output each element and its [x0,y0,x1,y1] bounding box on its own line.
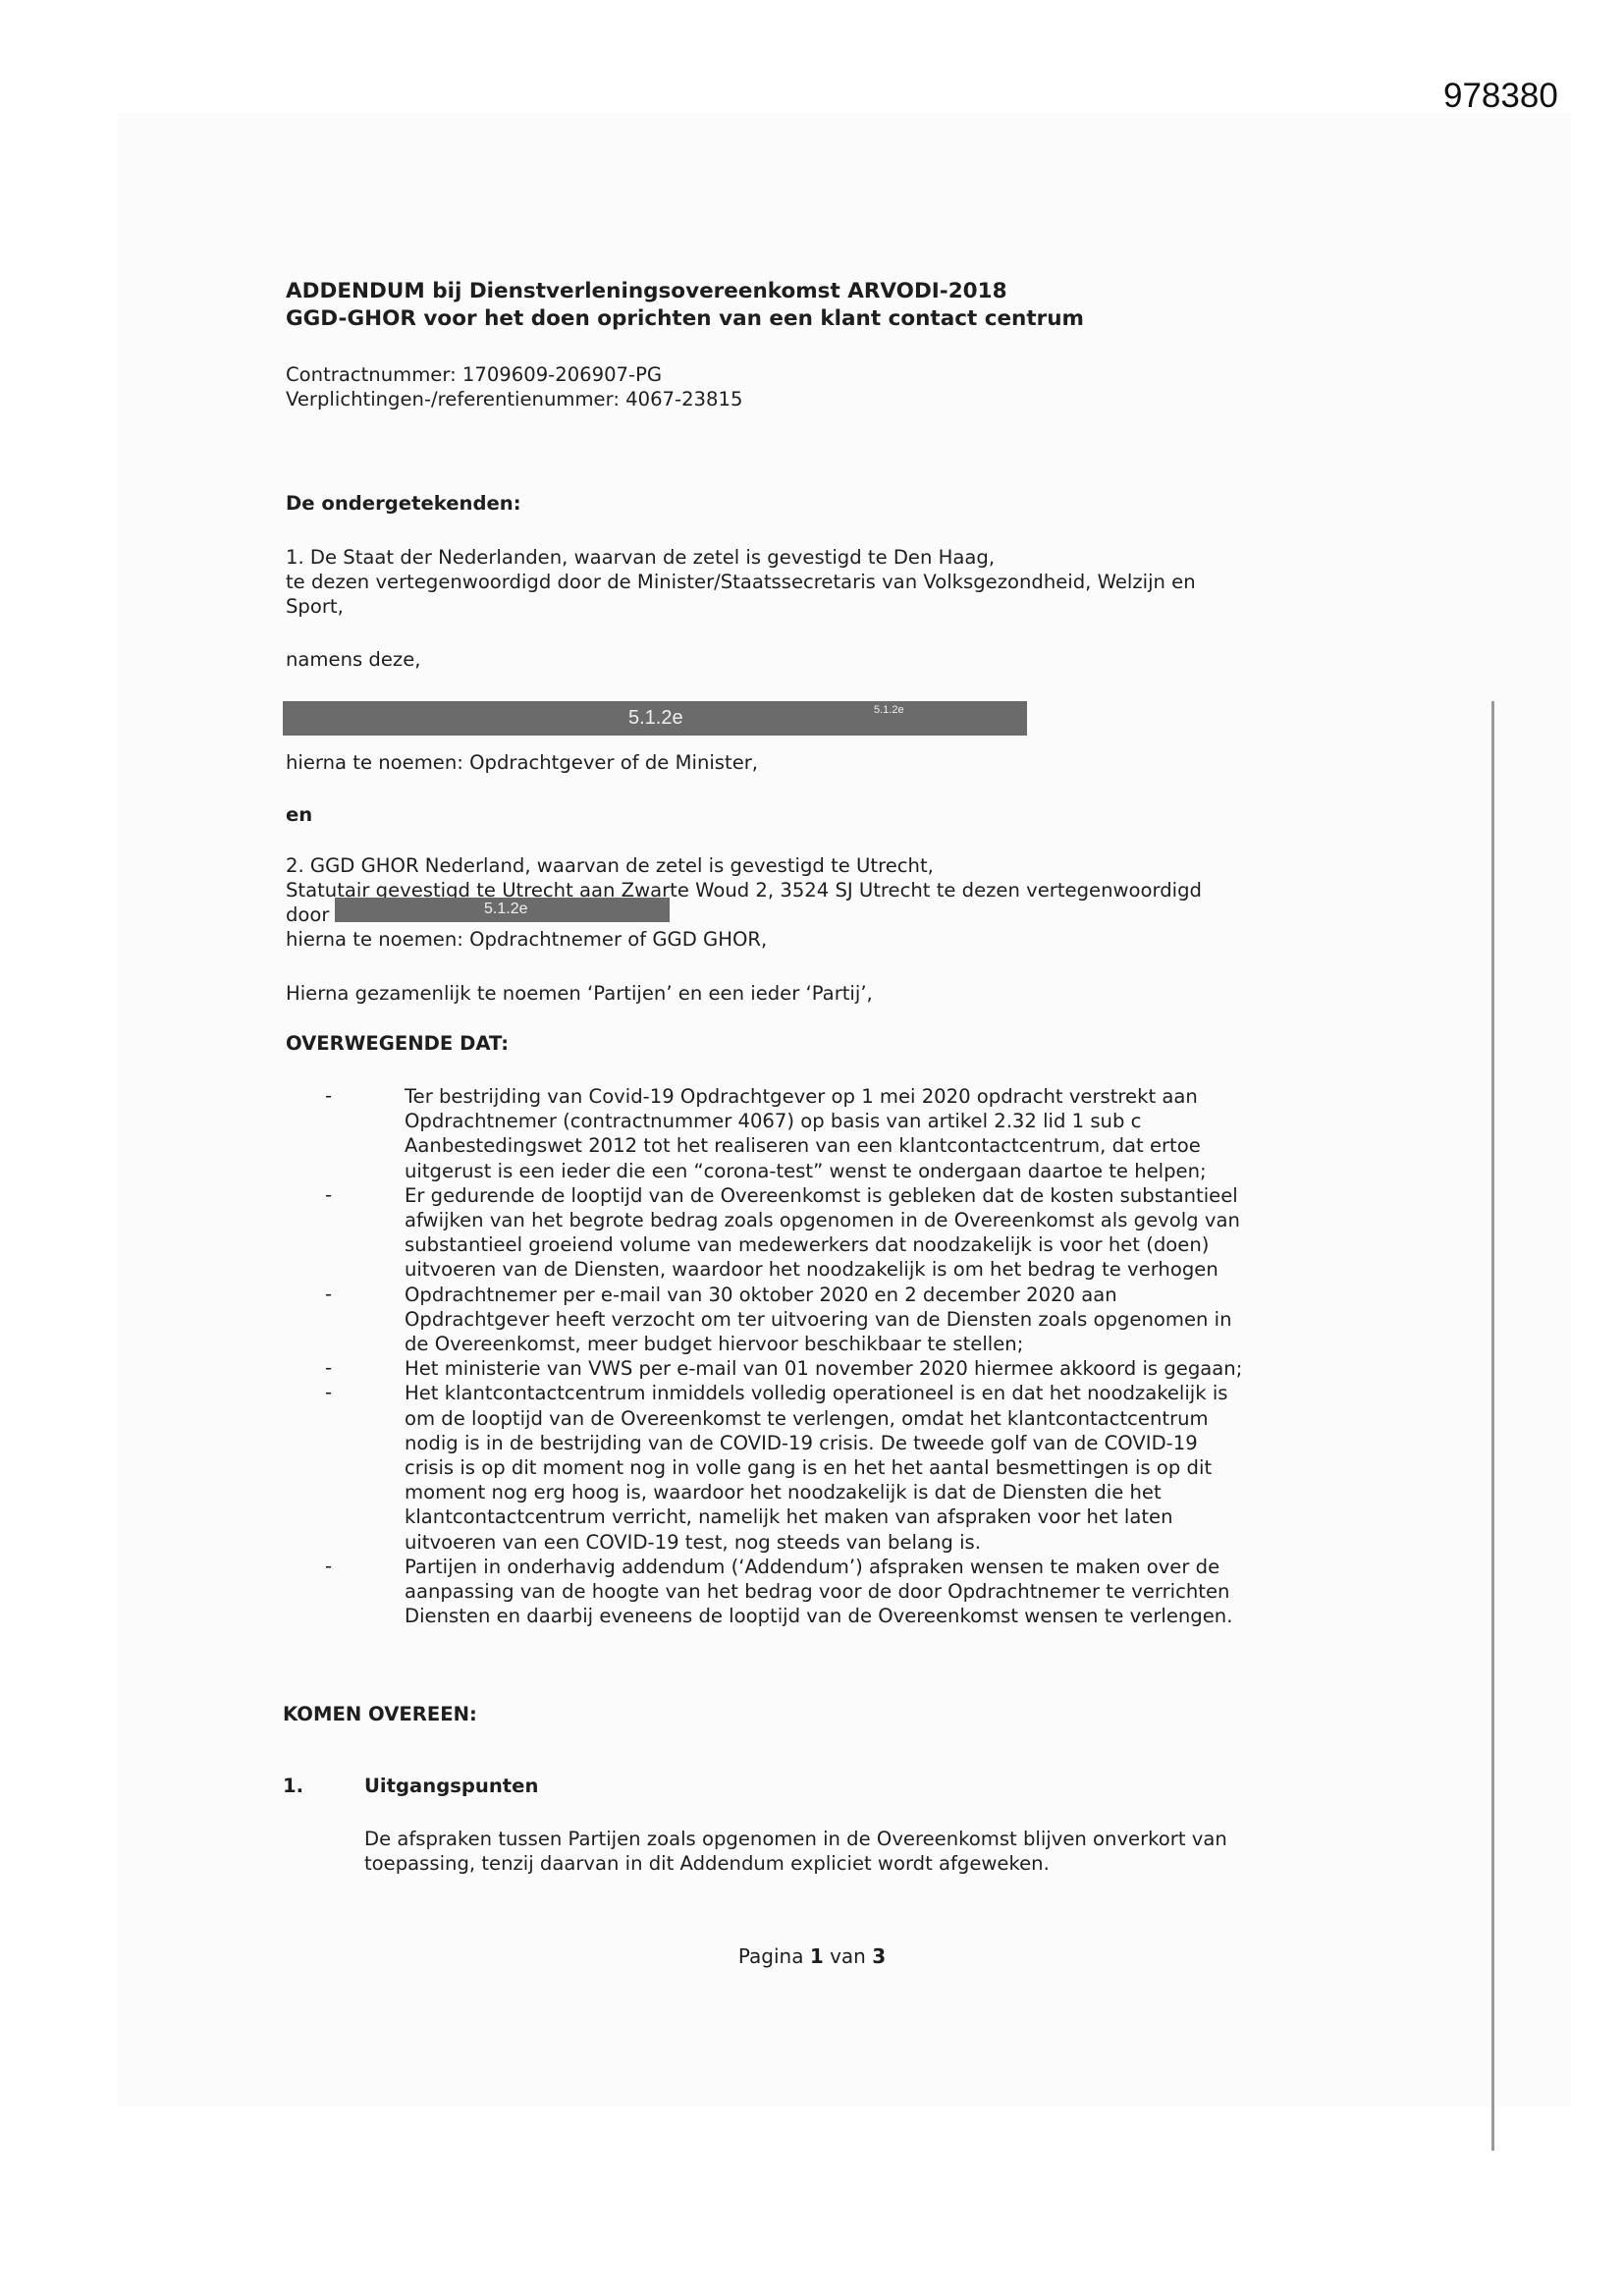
page-footer: Pagina 1 van 3 [0,1944,1624,1968]
whereas-item-line: uitgerust is een ieder die een “corona-t… [405,1159,1207,1183]
title-line-1: ADDENDUM bij Dienstverleningsovereenkoms… [286,278,1007,305]
agree-heading: KOMEN OVEREEN: [283,1702,477,1726]
bullet-dash: - [325,1356,332,1379]
whereas-item-line: Partijen in onderhavig addendum (‘Addend… [405,1555,1232,1579]
bullet-dash: - [325,1183,332,1206]
section-body-line-1: De afspraken tussen Partijen zoals opgen… [364,1827,1227,1851]
whereas-item-line: klantcontactcentrum verricht, namelijk h… [405,1504,1227,1529]
and-word: en [286,802,312,827]
whereas-item: Er gedurende de looptijd van de Overeenk… [405,1183,1240,1283]
party2-named-as: hierna te noemen: Opdrachtnemer of GGD G… [286,927,767,952]
party1-named-as: hierna te noemen: Opdrachtgever of de Mi… [286,750,758,775]
title-line-2: GGD-GHOR voor het doen oprichten van een… [286,305,1084,333]
whereas-item-line: nodig is in de bestrijding van de COVID-… [405,1431,1227,1455]
whereas-item-line: Aanbestedingswet 2012 tot het realiseren… [405,1133,1207,1158]
whereas-item-line: aanpassing van de hoogte van het bedrag … [405,1579,1232,1604]
jointly-text: Hierna gezamenlijk te noemen ‘Partijen’ … [286,981,873,1006]
footer-prefix: Pagina [738,1944,804,1968]
whereas-item-line: Er gedurende de looptijd van de Overeenk… [405,1183,1240,1208]
signatories-heading: De ondergetekenden: [286,491,521,516]
whereas-item-line: Opdrachtnemer (contractnummer 4067) op b… [405,1109,1207,1133]
whereas-item-line: Opdrachtnemer per e-mail van 30 oktober … [405,1283,1232,1307]
section-number: 1. [283,1774,303,1798]
section-body-line-2: toepassing, tenzij daarvan in dit Addend… [364,1851,1050,1876]
whereas-item-line: Opdrachtgever heeft verzocht om ter uitv… [405,1307,1232,1332]
redaction-block: 5.1.2e 5.1.2e [283,701,1027,736]
bullet-dash: - [325,1283,332,1305]
whereas-item: Opdrachtnemer per e-mail van 30 oktober … [405,1283,1232,1357]
whereas-item-line: Ter bestrijding van Covid-19 Opdrachtgev… [405,1084,1207,1109]
whereas-item-line: moment nog erg hoog is, waardoor het noo… [405,1480,1227,1504]
scan-edge-line [1491,701,1494,2151]
bullet-dash: - [325,1555,332,1577]
footer-middle: van [830,1944,866,1968]
whereas-item-line: uitvoeren van een COVID-19 test, nog ste… [405,1530,1227,1555]
whereas-item-line: de Overeenkomst, meer budget hiervoor be… [405,1332,1232,1356]
redaction-code: 5.1.2e [484,901,527,918]
redaction-code-small: 5.1.2e [874,704,904,716]
on-behalf-text: namens deze, [286,647,420,672]
whereas-item: Het klantcontactcentrum inmiddels volled… [405,1381,1227,1554]
bullet-dash: - [325,1084,332,1107]
whereas-heading: OVERWEGENDE DAT: [286,1031,509,1056]
party1-line-3: Sport, [286,594,344,619]
reference-number: Verplichtingen-/referentienummer: 4067-2… [286,387,742,411]
whereas-item-line: Het ministerie van VWS per e-mail van 01… [405,1356,1242,1381]
whereas-item-line: afwijken van het begrote bedrag zoals op… [405,1208,1240,1232]
whereas-item-line: Diensten en daarbij eveneens de looptijd… [405,1604,1232,1628]
whereas-item: Ter bestrijding van Covid-19 Opdrachtgev… [405,1084,1207,1183]
footer-page: 1 [810,1944,824,1968]
document-number: 978380 [1443,77,1558,116]
whereas-item-line: om de looptijd van de Overeenkomst te ve… [405,1406,1227,1431]
whereas-item-line: substantieel groeiend volume van medewer… [405,1232,1240,1257]
whereas-item: Partijen in onderhavig addendum (‘Addend… [405,1555,1232,1629]
whereas-item-line: Het klantcontactcentrum inmiddels volled… [405,1381,1227,1405]
party2-line-1: 2. GGD GHOR Nederland, waarvan de zetel … [286,853,934,878]
section-title: Uitgangspunten [364,1774,538,1798]
whereas-item: Het ministerie van VWS per e-mail van 01… [405,1356,1242,1381]
redaction-code: 5.1.2e [628,707,683,730]
redaction-block: 5.1.2e [335,898,670,922]
contract-number: Contractnummer: 1709609-206907-PG [286,362,662,387]
whereas-item-line: crisis is op dit moment nog in volle gan… [405,1455,1227,1480]
party1-line-1: 1. De Staat der Nederlanden, waarvan de … [286,545,995,570]
party1-line-2: te dezen vertegenwoordigd door de Minist… [286,570,1196,594]
bullet-dash: - [325,1381,332,1403]
party2-by-word: door [286,902,329,927]
whereas-item-line: uitvoeren van de Diensten, waardoor het … [405,1257,1240,1282]
footer-total: 3 [872,1944,886,1968]
